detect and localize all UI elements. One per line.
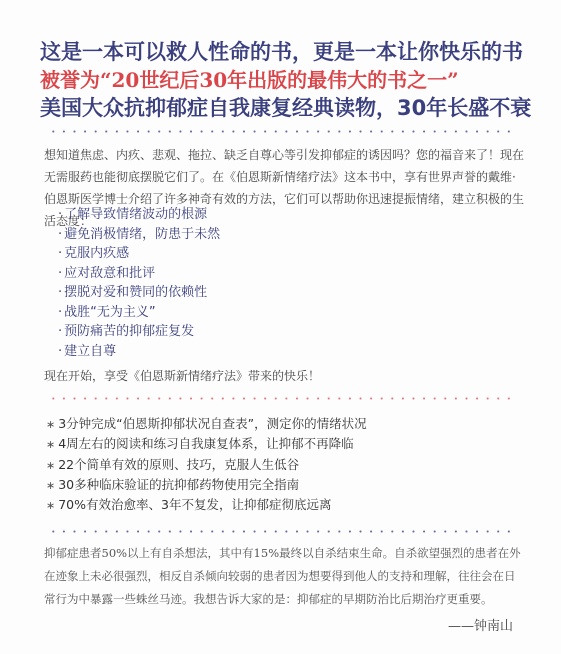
benefits-list: ·了解导致情绪波动的根源 ·避免消极情绪，防患于未然 ·克服内疚感 ·应对敌意和… (58, 205, 220, 361)
list-item: ∗3分钟完成“伯恩斯抑郁状况自查表”，测定你的情绪状况 (46, 414, 367, 434)
list-item: ·避免消极情绪，防患于未然 (58, 225, 220, 245)
bullet-dot-icon: · (58, 207, 62, 222)
bullet-dot-icon: · (58, 285, 62, 300)
benefit-text: 预防痛苦的抑郁症复发 (64, 324, 194, 339)
benefit-text: 建立自尊 (64, 344, 116, 359)
list-item: ·了解导致情绪波动的根源 (58, 205, 220, 225)
benefit-text: 克服内疚感 (64, 246, 129, 261)
feature-text: 4周左右的阅读和练习自我康复体系，让抑郁不再降临 (58, 436, 353, 451)
bullet-dot-icon: · (58, 305, 62, 320)
list-item: ·建立自尊 (58, 342, 220, 362)
list-item: ·战胜“无为主义” (58, 303, 220, 323)
bullet-dot-icon: · (58, 227, 62, 242)
endorsement-quote: 抑郁症患者50%以上有自杀想法，其中有15%最终以自杀结束生命。自杀欲望强烈的患… (44, 542, 524, 611)
list-item: ∗22个简单有效的原则、技巧，克服人生低谷 (46, 455, 367, 475)
feature-text: 30多种临床验证的抗抑郁药物使用完全指南 (58, 477, 299, 492)
bullet-dot-icon: · (58, 324, 62, 339)
list-item: ·摆脱对爱和赞同的依赖性 (58, 283, 220, 303)
dotted-divider-bottom (48, 530, 518, 533)
benefit-text: 避免消极情绪，防患于未然 (64, 227, 220, 242)
features-list: ∗3分钟完成“伯恩斯抑郁状况自查表”，测定你的情绪状况 ∗4周左右的阅读和练习自… (46, 414, 367, 515)
list-item: ·应对敌意和批评 (58, 264, 220, 284)
closing-line: 现在开始，享受《伯恩斯新情绪疗法》带来的快乐！ (44, 367, 320, 384)
dotted-divider-middle (48, 397, 518, 400)
asterisk-bullet-icon: ∗ (46, 499, 55, 512)
list-item: ∗30多种临床验证的抗抑郁药物使用完全指南 (46, 475, 367, 495)
bullet-dot-icon: · (58, 266, 62, 281)
list-item: ∗70%有效治愈率、3年不复发，让抑郁症彻底远离 (46, 495, 367, 515)
asterisk-bullet-icon: ∗ (46, 459, 55, 472)
list-item: ∗4周左右的阅读和练习自我康复体系，让抑郁不再降临 (46, 434, 367, 454)
headline-secondary: 美国大众抗抑郁症自我康复经典读物，30年长盛不衰 (40, 92, 531, 122)
list-item: ·克服内疚感 (58, 244, 220, 264)
benefit-text: 应对敌意和批评 (64, 266, 155, 281)
asterisk-bullet-icon: ∗ (46, 479, 55, 492)
feature-text: 70%有效治愈率、3年不复发，让抑郁症彻底远离 (58, 497, 331, 512)
asterisk-bullet-icon: ∗ (46, 438, 55, 451)
bullet-dot-icon: · (58, 246, 62, 261)
headline-primary: 这是一本可以救人性命的书，更是一本让你快乐的书 (40, 36, 523, 66)
feature-text: 3分钟完成“伯恩斯抑郁状况自查表”，测定你的情绪状况 (58, 416, 366, 431)
book-blurb-page: 这是一本可以救人性命的书，更是一本让你快乐的书 被誉为“20世纪后30年出版的最… (0, 0, 561, 654)
feature-text: 22个简单有效的原则、技巧，克服人生低谷 (58, 457, 299, 472)
list-item: ·预防痛苦的抑郁症复发 (58, 322, 220, 342)
benefit-text: 摆脱对爱和赞同的依赖性 (64, 285, 207, 300)
quote-signature: ——钟南山 (448, 615, 513, 634)
dotted-divider-top (48, 130, 518, 133)
asterisk-bullet-icon: ∗ (46, 418, 55, 431)
bullet-dot-icon: · (58, 344, 62, 359)
benefit-text: 战胜“无为主义” (64, 305, 155, 320)
headline-accolade: 被誉为“20世纪后30年出版的最伟大的书之一” (40, 64, 459, 93)
benefit-text: 了解导致情绪波动的根源 (64, 207, 207, 222)
